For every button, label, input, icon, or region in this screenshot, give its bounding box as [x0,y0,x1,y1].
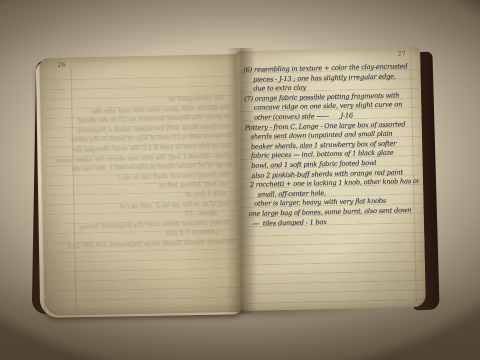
page-number-left: 26 [57,62,66,69]
handwritten-notes: (6) resembling in texture + color the cl… [243,62,420,229]
bleed-through-text: the catalogued ofthe sherds with glaze o… [44,93,234,252]
notebook-left-page: 26 the catalogued ofthe sherds with glaz… [39,54,242,316]
notebook-right-page: 27 (6) resembling in texture + color the… [236,47,426,311]
page-number-right: 27 [397,50,406,57]
spine-gutter-shadow [226,48,256,314]
photo-of-open-notebook: 26 the catalogued ofthe sherds with glaz… [0,0,480,360]
